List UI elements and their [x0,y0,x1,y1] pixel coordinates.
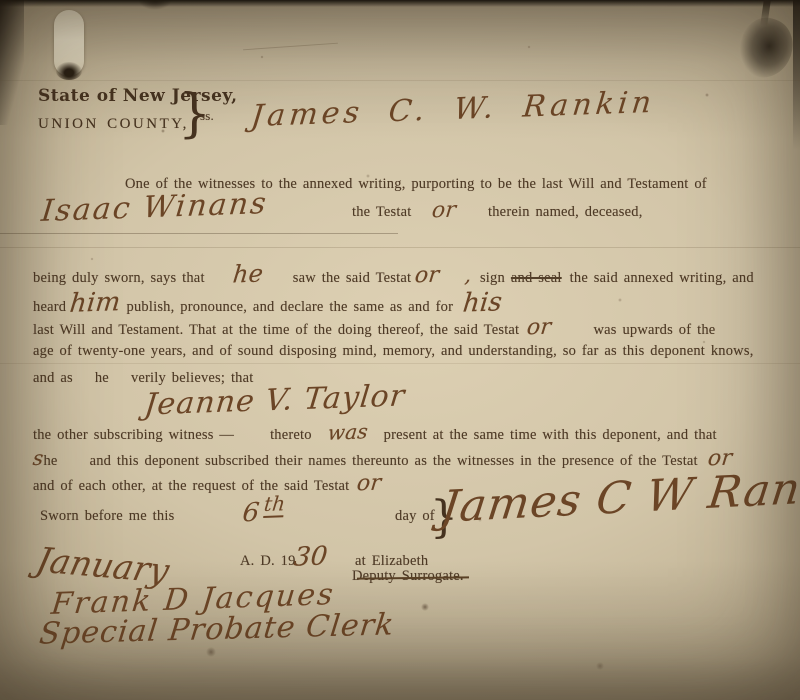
thereto-label: thereto [270,427,312,443]
hw-day-number: 6th [241,491,286,528]
sworn-before-label: Sworn before me this [40,508,174,525]
hw-his: his [461,287,503,318]
therein-named-label: therein named, deceased, [488,204,643,221]
ss-label: ss. [200,108,214,124]
testat-or-handwritten: or [414,263,441,289]
county-heading: UNION COUNTY, [38,116,189,133]
probate-witness-affidavit-document: State of New Jersey, UNION COUNTY, } ss.… [0,0,800,700]
subscribed-line: sheand this deponent subscribed their na… [33,446,732,471]
at-place-label: at Elizabeth [355,553,428,569]
age-line: age of twenty-one years, and of sound di… [33,343,754,360]
and-as-label: and as [33,370,73,386]
photo-right-edge-shadow [793,0,800,150]
hw-year: 30 [292,541,329,572]
lastwill-line: last Will and Testament. That at the tim… [33,315,715,340]
each-other-line: and of each other, at the request of the… [33,471,382,496]
subscribed-text: and this deponent subscribed their names… [90,453,698,469]
sign-word: sign [480,270,505,286]
hole-punch [54,10,84,76]
paper-scratch [243,43,338,51]
photo-corner-shadow [0,0,24,125]
and-seal-struck-out: and seal [511,270,562,286]
day-of-label: day of [395,508,435,525]
testat-or-handwritten: or [356,471,383,497]
paper-tear-mark [138,0,172,10]
other-witness-text-1: the other subscribing witness — [33,427,234,443]
sworn-text-1: being duly sworn, says that [33,270,205,286]
ad-printed: A. D. 19 [240,553,296,569]
hw-was: was [326,419,369,444]
hw-comma: , [464,263,473,287]
form-blank-rule [0,233,398,234]
annexed-writing-text: the said annexed writing, and [570,270,754,286]
photo-top-edge-shadow [0,0,800,7]
paper-crease [0,247,800,248]
paper-crease [0,363,800,364]
witness-name-handwritten: James C. W. Rankin [249,85,657,134]
testator-name-handwritten: Isaac Winans [40,186,270,229]
sworn-line-1: being duly sworn, says thathesaw the sai… [33,260,754,288]
hw-day: 6 [241,498,261,529]
other-witness-line: the other subscribing witness —theretowa… [33,420,717,444]
testat-label: the Testat [352,204,412,221]
sworn-text-2: saw the said Testat [293,270,411,286]
publish-text: publish, pronounce, and declare the same… [127,299,454,315]
paper-crease [0,80,800,81]
testat-or-handwritten: or [526,315,553,341]
lastwill-text-2: was upwards of the [593,322,715,338]
hole-punch-shadow [56,62,82,80]
each-other-text: and of each other, at the request of the… [33,478,349,494]
other-witness-text-2: present at the same time with this depon… [384,427,717,443]
sworn-line-2: heardhimpublish, pronounce, and declare … [33,288,502,318]
testat-or-handwritten: or [431,198,458,224]
printed-he-2: he [43,453,57,469]
printed-he: he [95,370,109,386]
heard-label: heard [33,299,66,315]
lastwill-text-1: last Will and Testament. That at the tim… [33,322,519,338]
hw-he: he [231,259,264,288]
hw-day-suffix: th [263,491,287,518]
